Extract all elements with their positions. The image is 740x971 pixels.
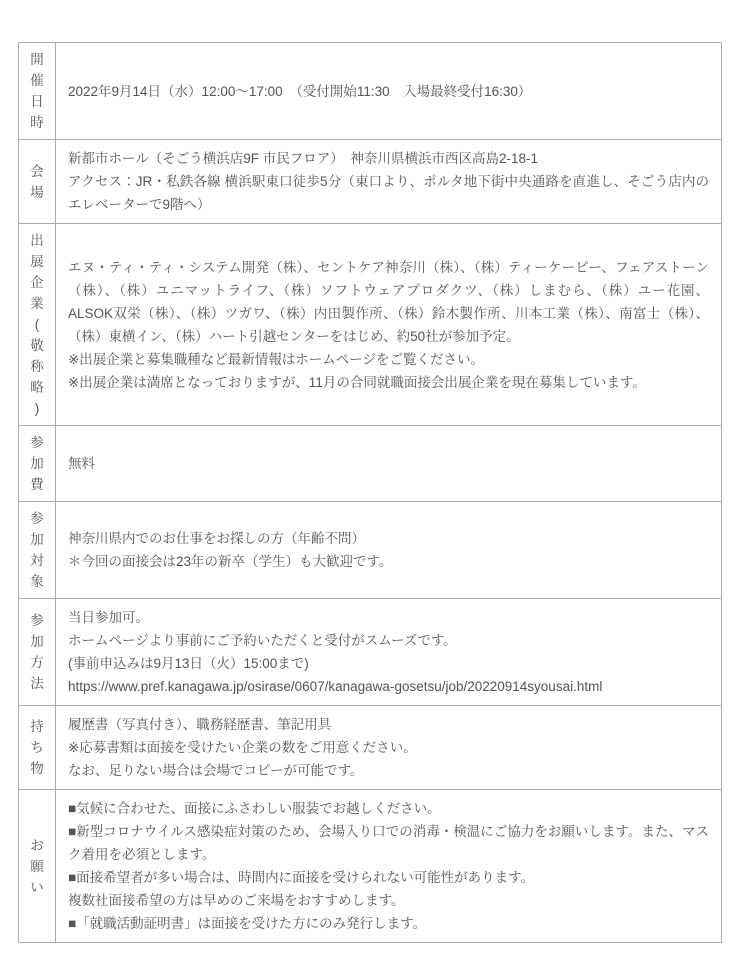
row-content-fee: 無料 bbox=[56, 426, 722, 502]
row-content-datetime: 2022年9月14日（水）12:00～17:00 （受付開始11:30 入場最終… bbox=[56, 43, 722, 140]
table-row-eligibility: 参加対象 神奈川県内でのお仕事をお探しの方（年齢不問） ＊今回の面接会は23年の… bbox=[19, 502, 722, 599]
event-info-table: 開催日時 2022年9月14日（水）12:00～17:00 （受付開始11:30… bbox=[18, 42, 722, 943]
table-row-items-to-bring: 持ち物 履歴書（写真付き）、職務経歴書、筆記用具 ※応募書類は面接を受けたい企業… bbox=[19, 706, 722, 790]
row-content-how-to-join: 当日参加可。 ホームページより事前にご予約いただくと受付がスムーズです。 (事前… bbox=[56, 599, 722, 706]
table-row-exhibitors: 出展企業(敬称略) エヌ・ティ・ティ・システム開発（株）、セントケア神奈川（株）… bbox=[19, 224, 722, 426]
row-header-venue: 会場 bbox=[19, 140, 56, 224]
row-header-requests: お願い bbox=[19, 790, 56, 943]
row-content-exhibitors: エヌ・ティ・ティ・システム開発（株）、セントケア神奈川（株）、（株）ティーケーピ… bbox=[56, 224, 722, 426]
row-header-items-to-bring: 持ち物 bbox=[19, 706, 56, 790]
page: 開催日時 2022年9月14日（水）12:00～17:00 （受付開始11:30… bbox=[0, 0, 740, 971]
table-row-datetime: 開催日時 2022年9月14日（水）12:00～17:00 （受付開始11:30… bbox=[19, 43, 722, 140]
row-content-requests: ■気候に合わせた、面接にふさわしい服装でお越しください。 ■新型コロナウイルス感… bbox=[56, 790, 722, 943]
row-header-fee: 参加費 bbox=[19, 426, 56, 502]
row-content-eligibility: 神奈川県内でのお仕事をお探しの方（年齢不問） ＊今回の面接会は23年の新卒（学生… bbox=[56, 502, 722, 599]
row-header-datetime: 開催日時 bbox=[19, 43, 56, 140]
row-header-exhibitors: 出展企業(敬称略) bbox=[19, 224, 56, 426]
row-header-eligibility: 参加対象 bbox=[19, 502, 56, 599]
table-row-fee: 参加費 無料 bbox=[19, 426, 722, 502]
table-row-venue: 会場 新都市ホール（そごう横浜店9F 市民フロア） 神奈川県横浜市西区高島2-1… bbox=[19, 140, 722, 224]
table-row-how-to-join: 参加方法 当日参加可。 ホームページより事前にご予約いただくと受付がスムーズです… bbox=[19, 599, 722, 706]
row-content-venue: 新都市ホール（そごう横浜店9F 市民フロア） 神奈川県横浜市西区高島2-18-1… bbox=[56, 140, 722, 224]
table-row-requests: お願い ■気候に合わせた、面接にふさわしい服装でお越しください。 ■新型コロナウ… bbox=[19, 790, 722, 943]
row-content-items-to-bring: 履歴書（写真付き）、職務経歴書、筆記用具 ※応募書類は面接を受けたい企業の数をご… bbox=[56, 706, 722, 790]
row-header-how-to-join: 参加方法 bbox=[19, 599, 56, 706]
